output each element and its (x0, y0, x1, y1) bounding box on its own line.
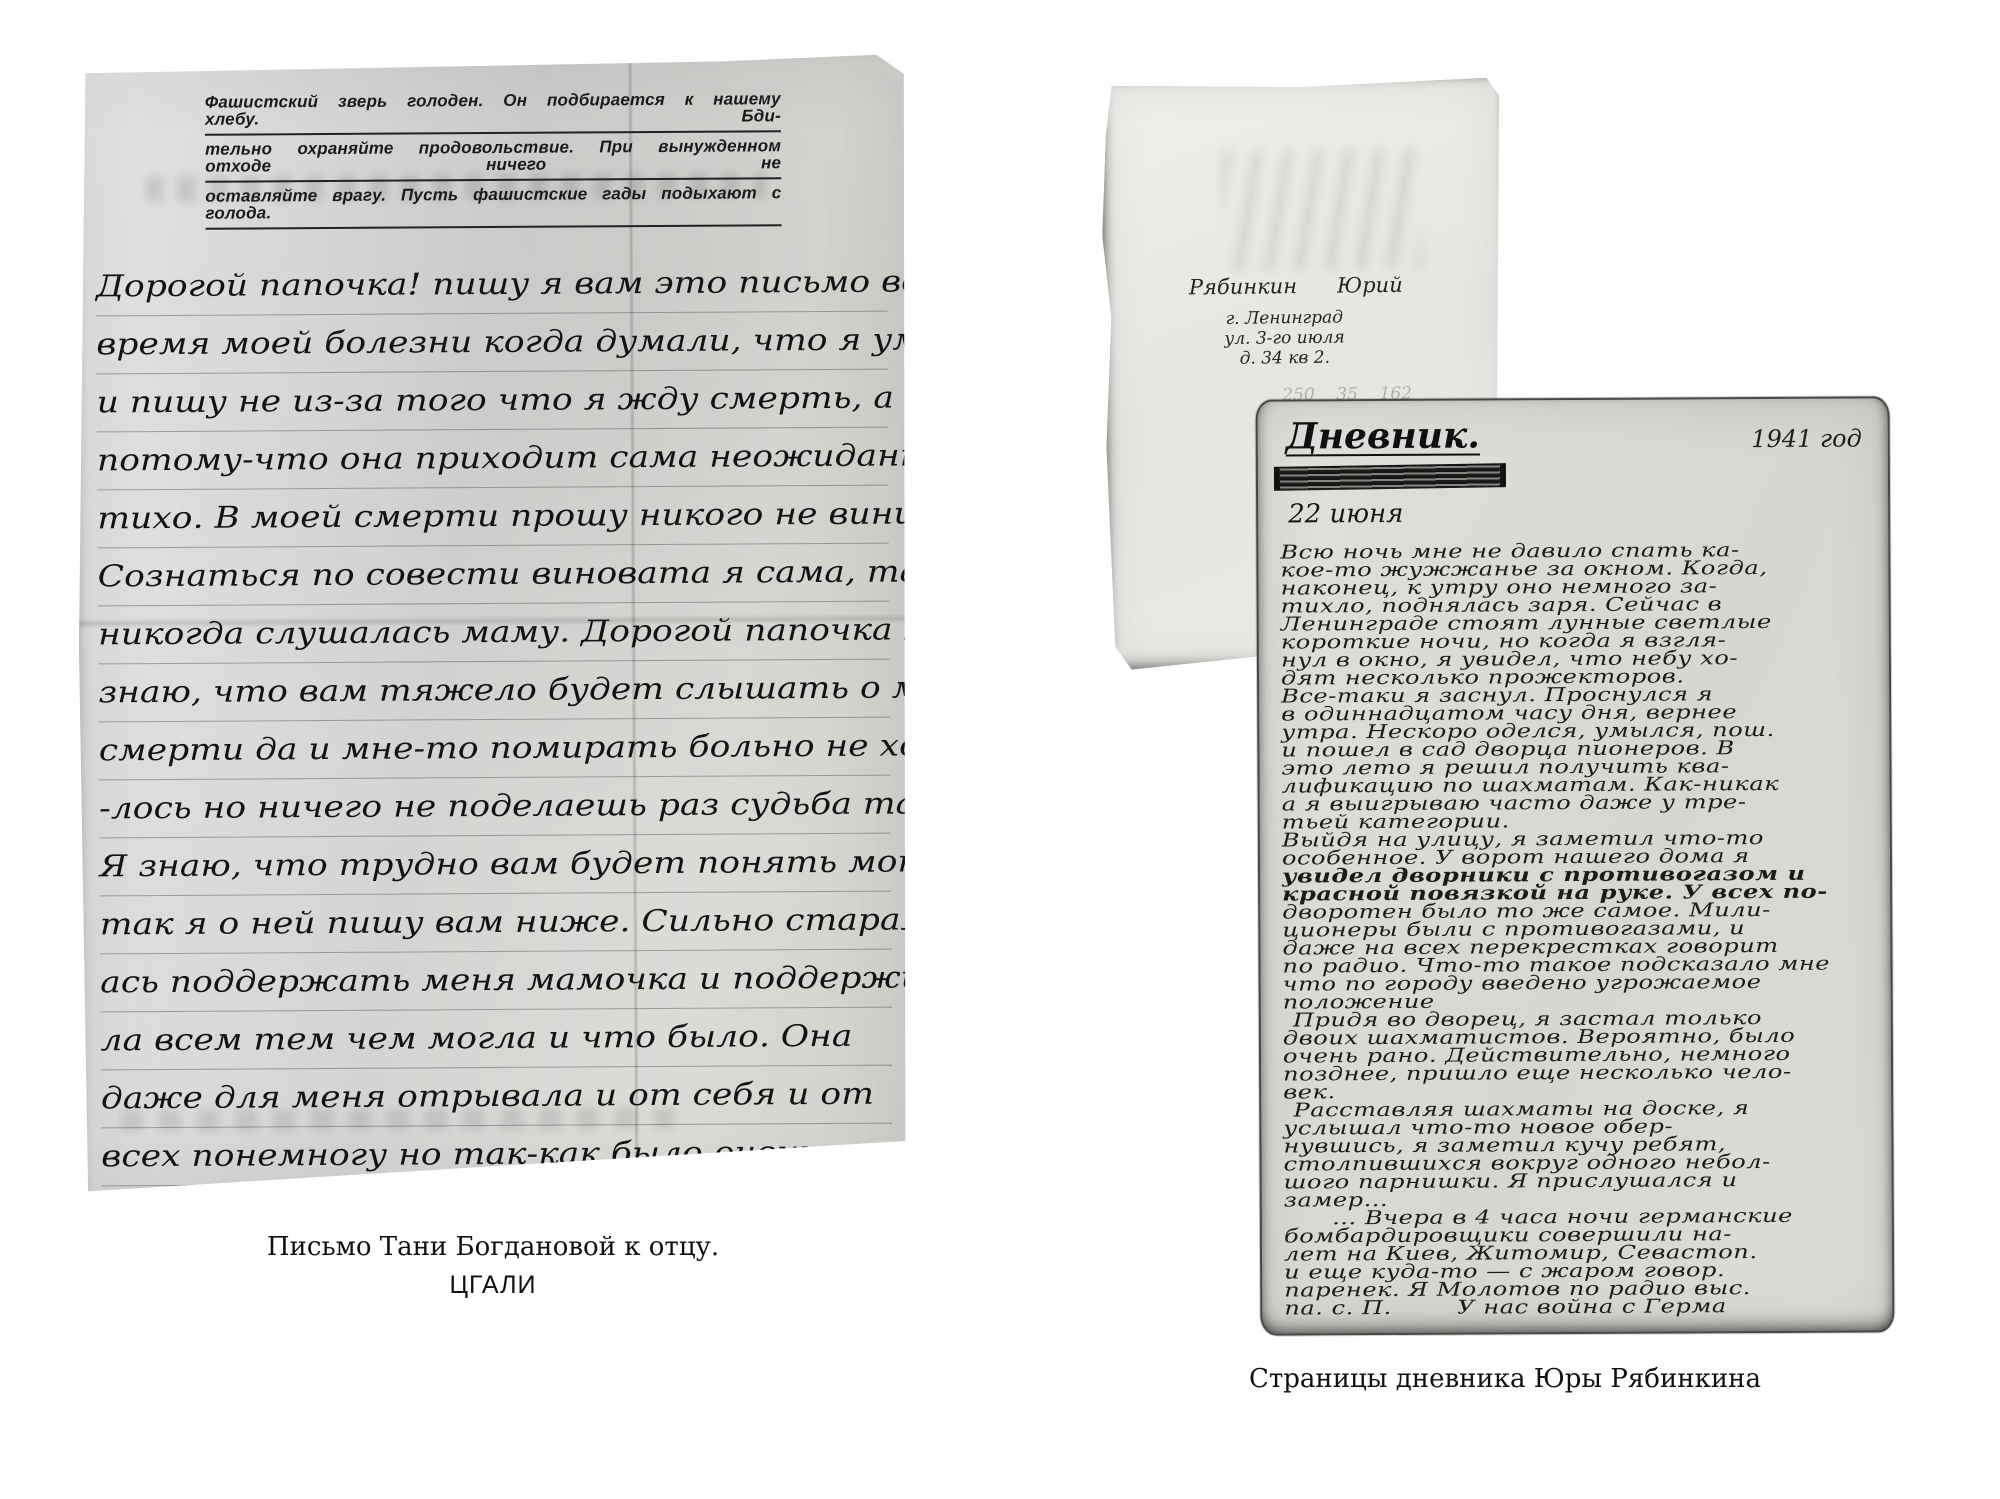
owner-name: Рябинкин Юрий (1189, 273, 1411, 300)
owner-address: г. Ленинградул. 3-го июляд. 34 кв 2. (1189, 307, 1380, 369)
letter-line: Дорогой папочка! пишу я вам это письмо в… (96, 254, 888, 317)
slogan-line: тельно охраняйте продовольствие. При вын… (205, 137, 781, 183)
diary-year: 1941 год (1751, 424, 1862, 453)
slogan-line: Фашистский зверь голоден. Он подбирается… (205, 90, 781, 136)
letter-line: смерти да и мне-то помирать больно не хо… (99, 718, 891, 781)
left-caption-title: Письмо Тани Богдановой к отцу. (78, 1232, 908, 1262)
book-page: { "colors": { "page_background": "#fffff… (0, 0, 2000, 1499)
letter-line: ась поддержать меня мамочка и поддержива… (100, 950, 892, 1013)
diary-entry-date: 22 июня (1288, 499, 1403, 530)
letter-photograph: Фашистский зверь голоден. Он подбирается… (75, 53, 912, 1192)
diary-page-photograph: Дневник. 1941 год 22 июня Всю ночь мне н… (1256, 396, 1895, 1335)
letter-line: тихо. В моей смерти прошу никого не вини… (97, 486, 889, 549)
diary-title: Дневник. (1286, 414, 1480, 457)
left-caption-archive: ЦГАЛИ (78, 1271, 908, 1300)
letter-line: -лось но ничего не поделаешь раз судьба … (99, 776, 891, 839)
letter-line: Сознаться по совести виновата я сама, та… (98, 544, 890, 607)
letter-line: Я знаю, что трудно вам будет понять мою … (99, 834, 891, 897)
left-caption: Письмо Тани Богдановой к отцу. ЦГАЛИ (78, 1232, 908, 1300)
letter-line: всех понемногу но так-как было очень тру… (101, 1124, 893, 1187)
letter-line: и пишу не из-за того что я жду смерть, а (96, 370, 888, 433)
title-underline-scribble (1274, 463, 1506, 491)
address-line: ул. 3-го июля (1189, 327, 1379, 349)
letter-line: никогда слушалась маму. Дорогой папочка … (98, 602, 890, 665)
handwritten-letter-text: Дорогой папочка! пишу я вам это письмо в… (96, 254, 893, 1187)
address-line: г. Ленинград (1189, 307, 1379, 329)
diary-entry-text: Всю ночь мне не давило спать ка-кое-то ж… (1280, 540, 1883, 1317)
letter-line: потому-что она приходит сама неожиданно … (97, 428, 889, 491)
letter-line: ла всем тем чем могла и что было. Она (100, 1008, 892, 1071)
faint-pencil-scribbles (1221, 149, 1422, 271)
slogan-line: оставляйте врагу. Пусть фашистские гады … (205, 184, 781, 230)
printed-slogan-block: Фашистский зверь голоден. Он подбирается… (205, 90, 782, 235)
letter-line: так я о ней пишу вам ниже. Сильно старал… (100, 892, 892, 955)
letter-line: время моей болезни когда думали, что я у… (96, 312, 888, 375)
letter-line: даже для меня отрывала и от себя и от (101, 1066, 893, 1129)
letter-line: знаю, что вам тяжело будет слышать о мое… (98, 660, 890, 723)
address-line: д. 34 кв 2. (1190, 347, 1380, 369)
right-caption: Страницы дневника Юры Рябинкина (1130, 1364, 1880, 1394)
diary-line: па. с. П. У нас война с Герма (1284, 1296, 1884, 1317)
